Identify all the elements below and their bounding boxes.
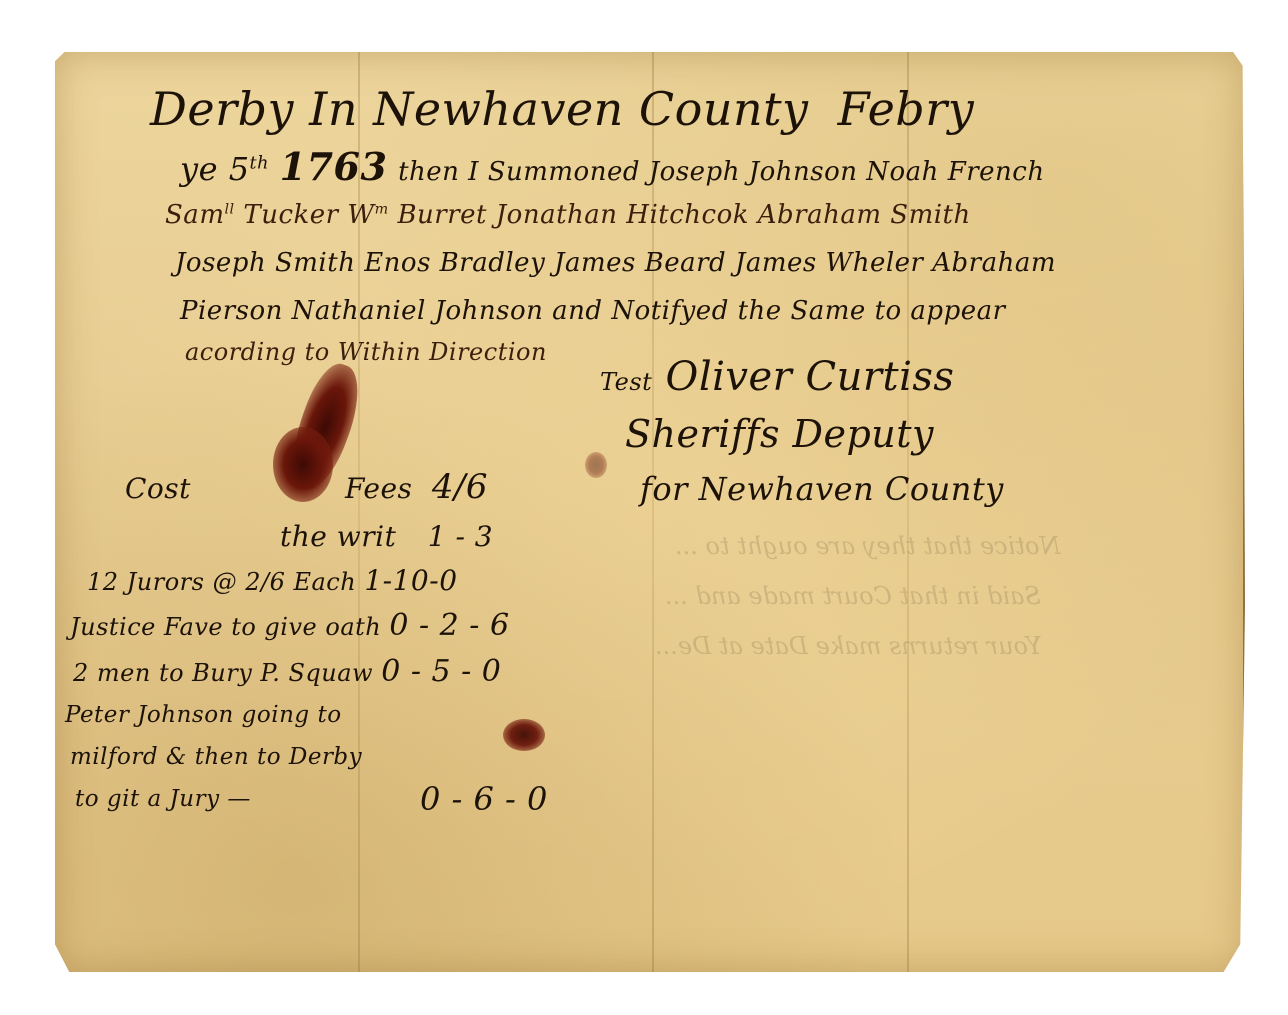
body-line-2: ye 5th 1763 then I Summoned Joseph Johns… [180,144,1045,189]
cost-label: Fees [345,472,412,505]
ye-text: ye [180,150,218,188]
signatory-title: Sheriffs Deputy [625,412,934,456]
fold-line [652,52,654,972]
paper-edge [1243,72,1245,932]
cost-item-jurors: 12 Jurors @ 2/6 Each 1-10-0 [87,564,458,597]
cost-label: 2 men to Bury P. Squaw [73,659,373,687]
month-text: Febry [838,82,975,136]
body-line-5: Pierson Nathaniel Johnson and Notifyed t… [180,296,1006,326]
fold-line [907,52,909,972]
attest-text: Test [600,368,652,396]
ink-stain [273,427,333,502]
cost-amount: 1-10-0 [364,564,457,597]
cost-amount: 4/6 [432,467,488,507]
cost-amount: 1 - 3 [428,520,493,553]
ink-stain [585,452,607,478]
cost-item-fees: Fees 4/6 [345,467,488,507]
signatory-name: Oliver Curtiss [666,354,955,400]
signatory-jurisdiction: for Newhaven County [640,470,1004,508]
body-line-4: Joseph Smith Enos Bradley James Beard Ja… [175,248,1056,278]
heading-place: Derby In Newhaven County Febry [150,82,974,136]
cost-amount: 0 - 2 - 6 [389,608,509,643]
cost-item-writ: the writ 1 - 3 [280,520,493,553]
bleed-through-text: Said in that Court made and ... [665,582,1041,610]
cost-item-peter-line1: Peter Johnson going to [65,702,342,728]
place-text: Derby In Newhaven County [150,82,809,136]
cost-item-peter-line3: to git a Jury — [75,786,251,812]
cost-label: the writ [280,520,396,553]
cost-label: Justice Fave to give oath [70,613,381,641]
cost-item-burial: 2 men to Bury P. Squaw 0 - 5 - 0 [73,654,501,689]
summons-text: then I Summoned Joseph Johnson Noah Fren… [398,157,1045,187]
costs-heading: Cost [125,472,191,505]
cost-item-peter-line2: milford & then to Derby [70,744,362,770]
cost-label: 12 Jurors @ 2/6 Each [87,568,356,596]
name-abbrev: Sam [165,200,224,230]
names-text: Burret Jonathan Hitchcok Abraham Smith [397,200,970,230]
abbrev-suffix: m [375,201,389,217]
fold-line [358,52,360,972]
names-text: Tucker W [243,200,374,230]
manuscript-page: Notice that they are ought to ... Said i… [55,52,1245,972]
year-text: 1763 [280,144,388,189]
body-line-6: acording to Within Direction [185,338,547,366]
cost-amount-peter: 0 - 6 - 0 [420,780,548,818]
cost-item-justice: Justice Fave to give oath 0 - 2 - 6 [70,608,510,643]
signature-line: Test Oliver Curtiss [600,354,954,400]
day-text: 5 [229,150,250,188]
ordinal-suffix: th [250,153,269,173]
body-line-3: Samll Tucker Wm Burret Jonathan Hitchcok… [165,200,971,230]
cost-amount: 0 - 5 - 0 [381,654,501,689]
bleed-through-text: Notice that they are ought to ... [675,532,1060,560]
ink-stain [503,719,545,751]
abbrev-suffix: ll [224,201,234,217]
bleed-through-text: Your returns make Date at De... [655,632,1042,660]
